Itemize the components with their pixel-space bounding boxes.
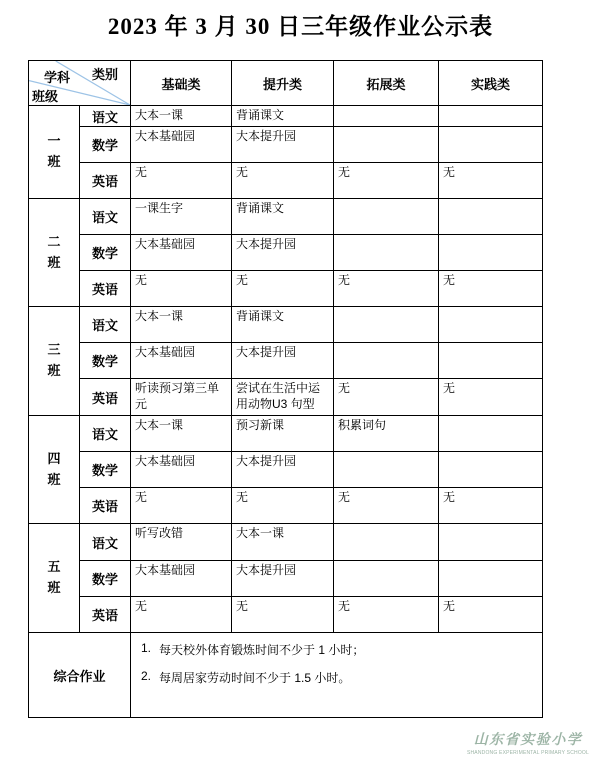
homework-cell: 大本一课	[131, 307, 232, 343]
subject-label: 数学	[80, 127, 131, 163]
school-name-cn: 山东省实验小学	[467, 729, 589, 749]
table-row: 四班 语文 大本一课 预习新课 积累词句	[29, 416, 543, 452]
homework-cell	[439, 452, 543, 488]
homework-cell: 无	[232, 488, 334, 524]
homework-cell: 无	[334, 597, 439, 633]
homework-cell	[334, 106, 439, 127]
homework-cell	[439, 416, 543, 452]
homework-cell: 尝试在生活中运用动物U3 句型	[232, 379, 334, 416]
table-row: 数学 大本基础园 大本提升园	[29, 452, 543, 488]
class-label-2: 二班	[29, 199, 80, 307]
table-row: 英语 听读预习第三单元 尝试在生活中运用动物U3 句型 无 无	[29, 379, 543, 416]
school-name-en: SHANDONG EXPERIMENTAL PRIMARY SCHOOL	[467, 750, 589, 756]
corner-category-label: 类别	[92, 64, 118, 83]
homework-cell: 听写改错	[131, 524, 232, 561]
table-row: 数学 大本基础园 大本提升园	[29, 235, 543, 271]
subject-label: 数学	[80, 561, 131, 597]
subject-label: 语文	[80, 524, 131, 561]
homework-cell	[334, 561, 439, 597]
document-page: { "title": "2023 年 3 月 30 日三年级作业公示表", "t…	[0, 0, 601, 762]
table-row: 三班 语文 大本一课 背诵课文	[29, 307, 543, 343]
homework-cell: 无	[131, 271, 232, 307]
homework-cell: 无	[232, 163, 334, 199]
page-title: 2023 年 3 月 30 日三年级作业公示表	[0, 8, 601, 41]
homework-cell	[439, 561, 543, 597]
homework-cell	[439, 199, 543, 235]
homework-cell: 无	[232, 271, 334, 307]
homework-cell	[334, 452, 439, 488]
subject-label: 英语	[80, 271, 131, 307]
homework-cell: 无	[439, 488, 543, 524]
table-row: 数学 大本基础园 大本提升园	[29, 561, 543, 597]
homework-cell	[439, 524, 543, 561]
corner-class-label: 班级	[32, 86, 58, 105]
homework-cell: 大本一课	[232, 524, 334, 561]
homework-cell: 大本提升园	[232, 452, 334, 488]
table-row: 数学 大本基础园 大本提升园	[29, 127, 543, 163]
homework-cell	[334, 343, 439, 379]
footer-item-number: 2.	[141, 669, 159, 686]
homework-cell: 大本基础园	[131, 235, 232, 271]
column-header-basic: 基础类	[131, 61, 232, 106]
footer-content: 1. 每天校外体育锻炼时间不少于 1 小时； 2. 每周居家劳动时间不少于 1.…	[131, 633, 543, 718]
homework-cell: 大本基础园	[131, 561, 232, 597]
table-row: 英语 无 无 无 无	[29, 271, 543, 307]
homework-cell: 无	[439, 379, 543, 416]
homework-cell	[334, 307, 439, 343]
subject-label: 英语	[80, 597, 131, 633]
diagonal-corner-cell: 学科 类别 班级	[29, 61, 131, 106]
homework-cell	[439, 343, 543, 379]
class-label-3: 三班	[29, 307, 80, 416]
subject-label: 英语	[80, 488, 131, 524]
homework-cell: 无	[334, 271, 439, 307]
footer-label: 综合作业	[29, 633, 131, 718]
homework-cell: 大本提升园	[232, 127, 334, 163]
homework-cell: 无	[439, 597, 543, 633]
homework-cell: 大本提升园	[232, 343, 334, 379]
subject-label: 语文	[80, 106, 131, 127]
homework-cell: 无	[334, 163, 439, 199]
homework-cell: 无	[131, 597, 232, 633]
column-header-improve: 提升类	[232, 61, 334, 106]
homework-cell: 无	[334, 488, 439, 524]
homework-cell: 听读预习第三单元	[131, 379, 232, 416]
homework-cell	[334, 199, 439, 235]
corner-subject-label: 学科	[44, 67, 70, 86]
homework-cell: 无	[131, 163, 232, 199]
homework-cell: 大本基础园	[131, 127, 232, 163]
table-row: 二班 语文 一课生字 背诵课文	[29, 199, 543, 235]
subject-label: 英语	[80, 163, 131, 199]
homework-table: 学科 类别 班级 基础类 提升类 拓展类 实践类 一班 语文 大本一课 背诵课文…	[28, 60, 543, 718]
homework-cell: 背诵课文	[232, 199, 334, 235]
homework-cell: 大本提升园	[232, 561, 334, 597]
homework-cell: 无	[439, 163, 543, 199]
homework-cell: 大本一课	[131, 416, 232, 452]
homework-cell	[334, 235, 439, 271]
homework-cell	[439, 235, 543, 271]
class-label-4: 四班	[29, 416, 80, 524]
subject-label: 英语	[80, 379, 131, 416]
homework-cell: 大本一课	[131, 106, 232, 127]
table-row: 英语 无 无 无 无	[29, 597, 543, 633]
homework-cell: 大本基础园	[131, 343, 232, 379]
table-row: 数学 大本基础园 大本提升园	[29, 343, 543, 379]
column-header-practice: 实践类	[439, 61, 543, 106]
homework-cell	[439, 127, 543, 163]
footer-item-text: 每周居家劳动时间不少于 1.5 小时。	[159, 669, 350, 686]
column-header-extend: 拓展类	[334, 61, 439, 106]
header-row: 学科 类别 班级 基础类 提升类 拓展类 实践类	[29, 61, 543, 106]
footer-item-text: 每天校外体育锻炼时间不少于 1 小时；	[159, 641, 364, 658]
subject-label: 语文	[80, 416, 131, 452]
homework-cell: 背诵课文	[232, 307, 334, 343]
homework-cell: 大本基础园	[131, 452, 232, 488]
homework-cell	[439, 307, 543, 343]
footer-item-number: 1.	[141, 641, 159, 658]
homework-cell	[439, 106, 543, 127]
footer-row: 综合作业 1. 每天校外体育锻炼时间不少于 1 小时； 2. 每周居家劳动时间不…	[29, 633, 543, 718]
table-row: 五班 语文 听写改错 大本一课	[29, 524, 543, 561]
homework-cell: 一课生字	[131, 199, 232, 235]
homework-cell: 无	[334, 379, 439, 416]
homework-cell: 无	[439, 271, 543, 307]
class-label-5: 五班	[29, 524, 80, 633]
table-row: 一班 语文 大本一课 背诵课文	[29, 106, 543, 127]
homework-cell: 大本提升园	[232, 235, 334, 271]
footer-item: 1. 每天校外体育锻炼时间不少于 1 小时；	[141, 641, 534, 658]
homework-cell	[334, 127, 439, 163]
subject-label: 数学	[80, 235, 131, 271]
table-row: 英语 无 无 无 无	[29, 488, 543, 524]
class-label-1: 一班	[29, 106, 80, 199]
homework-cell: 无	[131, 488, 232, 524]
homework-cell: 无	[232, 597, 334, 633]
homework-cell	[334, 524, 439, 561]
homework-cell: 预习新课	[232, 416, 334, 452]
school-watermark: 山东省实验小学 SHANDONG EXPERIMENTAL PRIMARY SC…	[467, 729, 589, 756]
subject-label: 数学	[80, 452, 131, 488]
homework-cell: 背诵课文	[232, 106, 334, 127]
subject-label: 语文	[80, 307, 131, 343]
footer-item: 2. 每周居家劳动时间不少于 1.5 小时。	[141, 669, 534, 686]
homework-cell: 积累词句	[334, 416, 439, 452]
table-row: 英语 无 无 无 无	[29, 163, 543, 199]
subject-label: 语文	[80, 199, 131, 235]
subject-label: 数学	[80, 343, 131, 379]
